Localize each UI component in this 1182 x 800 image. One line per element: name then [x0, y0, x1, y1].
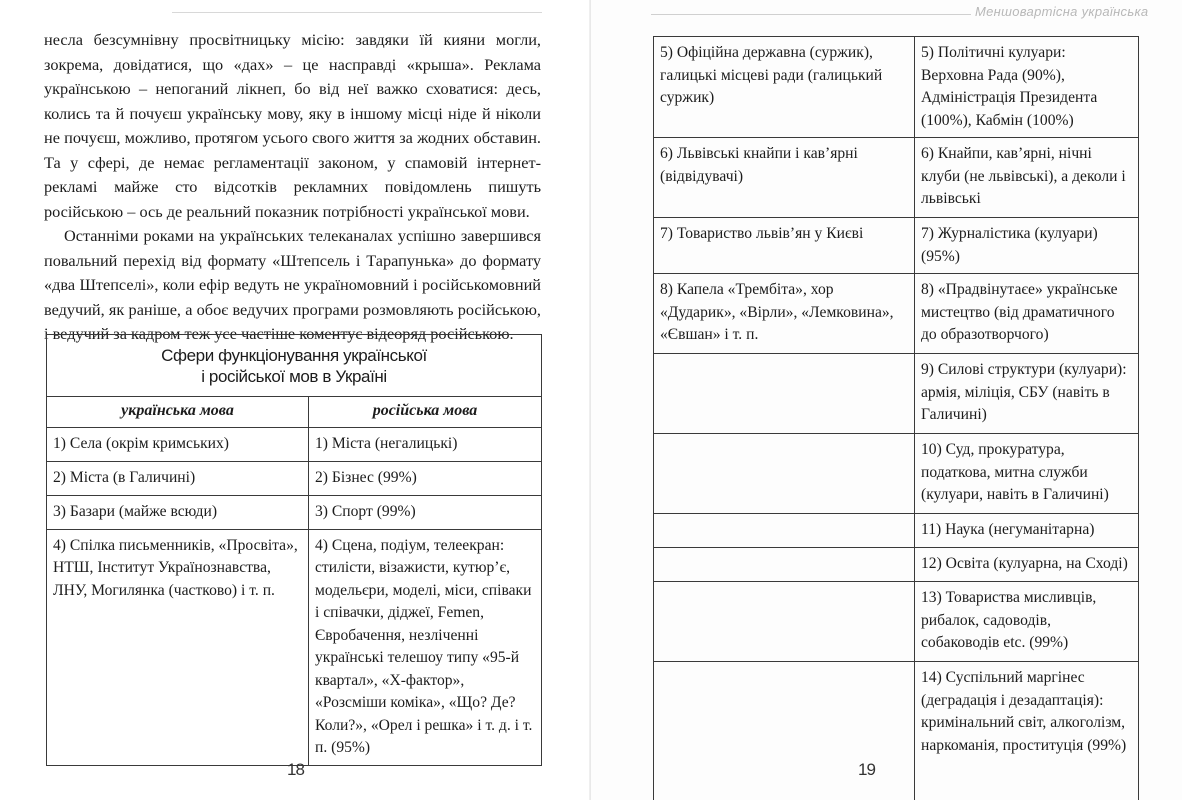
- cell-russian: 12) Освіта (кулуарна, на Сході): [915, 548, 1139, 582]
- cell-ukrainian: 2) Міста (в Галичині): [47, 461, 309, 495]
- cell-russian: 14) Суспільний маргінес (деградація і де…: [915, 662, 1139, 800]
- cell-ukrainian: 6) Львівські кнайпи і кав’ярні (відвідув…: [654, 138, 915, 218]
- right-page: Меншовартісна українська 5) Офіційна дер…: [591, 0, 1182, 800]
- cell-ukrainian: [654, 354, 915, 434]
- table-title-line2: і російської мов в Україні: [201, 367, 387, 386]
- cell-russian: 7) Журналістика (кулуари) (95%): [915, 218, 1139, 274]
- cell-ukrainian: [654, 582, 915, 662]
- cell-russian: 9) Силові структури (кулуари): армія, мі…: [915, 354, 1139, 434]
- table-row: 8) Капела «Трембіта», хор «Дударик», «Ві…: [654, 274, 1139, 354]
- cell-ukrainian: 5) Офіційна державна (суржик), галицькі …: [654, 37, 915, 138]
- cell-ukrainian: [654, 434, 915, 514]
- running-head-rule: [172, 12, 542, 13]
- cell-ukrainian: 7) Товариство львів’ян у Києві: [654, 218, 915, 274]
- table-row: 2) Міста (в Галичині) 2) Бізнес (99%): [47, 461, 542, 495]
- cell-ukrainian: 3) Базари (майже всюди): [47, 495, 309, 529]
- table-row: 1) Села (окрім кримських) 1) Міста (нега…: [47, 427, 542, 461]
- table-row: 14) Суспільний маргінес (деградація і де…: [654, 662, 1139, 800]
- language-spheres-table-part1: Сфери функціонування української і росій…: [46, 334, 542, 766]
- table-row: 7) Товариство львів’ян у Києві 7) Журнал…: [654, 218, 1139, 274]
- cell-ukrainian: 8) Капела «Трембіта», хор «Дударик», «Ві…: [654, 274, 915, 354]
- cell-russian: 3) Спорт (99%): [309, 495, 542, 529]
- cell-russian: 13) Товариства мисливців, рибалок, садов…: [915, 582, 1139, 662]
- table-row: 12) Освіта (кулуарна, на Сході): [654, 548, 1139, 582]
- table-title-line1: Сфери функціонування української: [161, 346, 427, 365]
- table-row: 13) Товариства мисливців, рибалок, садов…: [654, 582, 1139, 662]
- cell-russian: 10) Суд, прокуратура, податкова, митна с…: [915, 434, 1139, 514]
- cell-ukrainian: [654, 514, 915, 548]
- column-header-russian: російська мова: [309, 397, 542, 428]
- cell-russian: 5) Політичні кулуари: Верховна Рада (90%…: [915, 37, 1139, 138]
- table-row: 9) Силові структури (кулуари): армія, мі…: [654, 354, 1139, 434]
- cell-ukrainian: [654, 548, 915, 582]
- cell-russian: 11) Наука (негуманітарна): [915, 514, 1139, 548]
- cell-russian: 1) Міста (негалицькі): [309, 427, 542, 461]
- cell-ukrainian: [654, 662, 915, 800]
- cell-russian: 2) Бізнес (99%): [309, 461, 542, 495]
- cell-ukrainian: 1) Села (окрім кримських): [47, 427, 309, 461]
- language-spheres-table-part2: 5) Офіційна державна (суржик), галицькі …: [653, 36, 1139, 800]
- table-row: 3) Базари (майже всюди) 3) Спорт (99%): [47, 495, 542, 529]
- cell-russian: 6) Кнайпи, кав’ярні, нічні клуби (не льв…: [915, 138, 1139, 218]
- table-row: 10) Суд, прокуратура, податкова, митна с…: [654, 434, 1139, 514]
- table-row: 4) Спілка письменників, «Просвіта», НТШ,…: [47, 529, 542, 765]
- table-row: 11) Наука (негуманітарна): [654, 514, 1139, 548]
- paragraph: несла безсумнівну просвітницьку місію: з…: [44, 28, 541, 224]
- paragraph: Останніми роками на українських телекана…: [44, 224, 541, 347]
- table-title: Сфери функціонування української і росій…: [47, 335, 542, 397]
- column-header-ukrainian: українська мова: [47, 397, 309, 428]
- running-head: Меншовартісна українська: [975, 4, 1148, 19]
- page-number: 19: [858, 760, 875, 780]
- left-page: несла безсумнівну просвітницьку місію: з…: [0, 0, 591, 800]
- cell-russian: 4) Сцена, подіум, телеекран: стилісти, в…: [309, 529, 542, 765]
- cell-ukrainian: 4) Спілка письменників, «Просвіта», НТШ,…: [47, 529, 309, 765]
- page-number: 18: [287, 760, 304, 780]
- table-row: 5) Офіційна державна (суржик), галицькі …: [654, 37, 1139, 138]
- body-text: несла безсумнівну просвітницьку місію: з…: [44, 28, 541, 347]
- cell-russian: 8) «Прадвінутаєе» українське мистецтво (…: [915, 274, 1139, 354]
- running-head-rule: [651, 14, 971, 15]
- table-row: 6) Львівські кнайпи і кав’ярні (відвідув…: [654, 138, 1139, 218]
